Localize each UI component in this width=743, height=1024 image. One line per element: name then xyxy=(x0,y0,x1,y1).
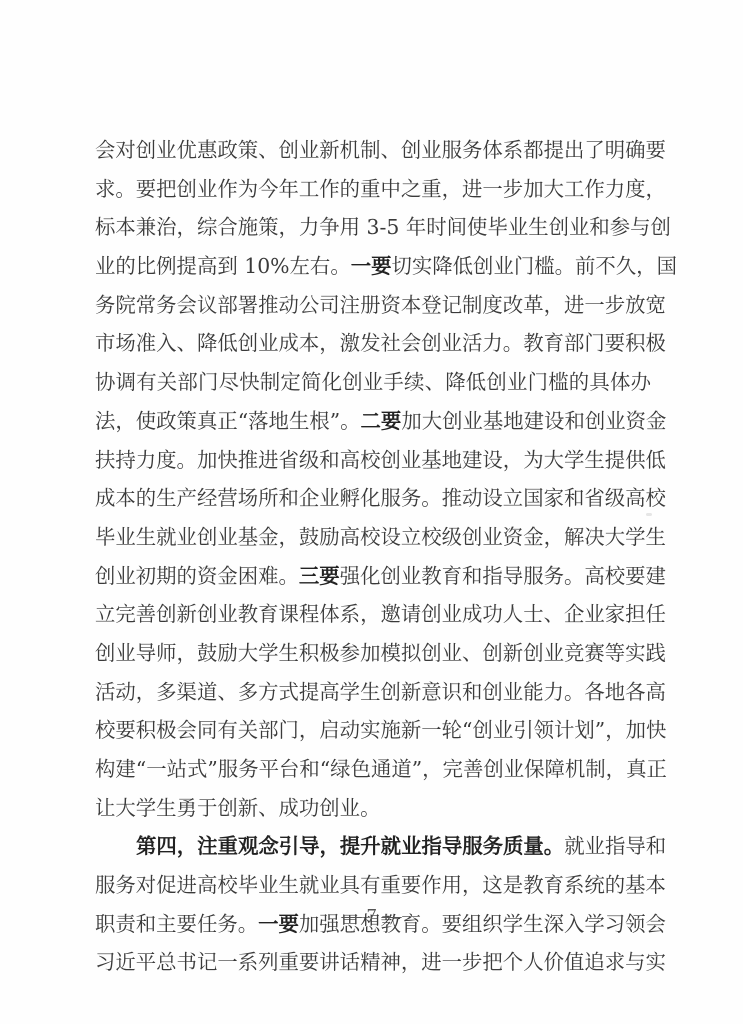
bold-text-run: 二要 xyxy=(361,409,402,433)
page-number: — 7 — xyxy=(0,905,743,928)
text-run: 校要积极会同有关部门，启动实施新一轮“创业引领计划”，加快 xyxy=(95,718,666,742)
text-line: 习近平总书记一系列重要讲话精神，进一步把个人价值追求与实 xyxy=(95,943,651,982)
text-line: 求。要把创业作为今年工作的重中之重，进一步加大工作力度， xyxy=(95,170,651,209)
text-run: 让大学生勇于创新、成功创业。 xyxy=(95,796,380,820)
text-line: 法，使政策真正“落地生根”。二要加大创业基地建设和创业资金 xyxy=(95,402,651,441)
text-line: 构建“一站式”服务平台和“绿色通道”，完善创业保障机制，真正 xyxy=(95,750,651,789)
text-line: 标本兼治，综合施策，力争用 3-5 年时间使毕业生创业和参与创 xyxy=(95,208,651,247)
text-run: 创业导师，鼓励大学生积极参加模拟创业、创新创业竞赛等实践 xyxy=(95,641,666,665)
text-run: 协调有关部门尽快制定简化创业手续、降低创业门槛的具体办 xyxy=(95,370,651,394)
text-line: 务院常务会议部署推动公司注册资本登记制度改革，进一步放宽 xyxy=(95,286,651,325)
text-run: 习近平总书记一系列重要讲话精神，进一步把个人价值追求与实 xyxy=(95,950,666,974)
text-run: 市场准入、降低创业成本，激发社会创业活力。教育部门要积极 xyxy=(95,331,666,355)
text-line: 业的比例提高到 10%左右。一要切实降低创业门槛。前不久，国 xyxy=(95,247,651,286)
text-run: 切实降低创业门槛。前不久，国 xyxy=(392,254,677,278)
text-run: 服务对促进高校毕业生就业具有重要作用，这是教育系统的基本 xyxy=(95,873,666,897)
text-line: 让大学生勇于创新、成功创业。 xyxy=(95,789,651,828)
text-run: 扶持力度。加快推进省级和高校创业基地建设，为大学生提供低 xyxy=(95,448,666,472)
text-line: 第四，注重观念引导，提升就业指导服务质量。就业指导和 xyxy=(95,827,651,866)
document-page: 会对创业优惠政策、创业新机制、创业服务体系都提出了明确要求。要把创业作为今年工作… xyxy=(0,0,743,1024)
text-run: 构建“一站式”服务平台和“绿色通道”，完善创业保障机制，真正 xyxy=(95,757,667,781)
text-line: 市场准入、降低创业成本，激发社会创业活力。教育部门要积极 xyxy=(95,324,651,363)
text-line: 毕业生就业创业基金，鼓励高校设立校级创业资金，解决大学生 xyxy=(95,518,651,557)
text-line: 创业初期的资金困难。三要强化创业教育和指导服务。高校要建 xyxy=(95,557,651,596)
text-run: 强化创业教育和指导服务。高校要建 xyxy=(340,564,666,588)
text-line: 立完善创新创业教育课程体系，邀请创业成功人士、企业家担任 xyxy=(95,595,651,634)
body-text: 会对创业优惠政策、创业新机制、创业服务体系都提出了明确要求。要把创业作为今年工作… xyxy=(95,131,651,982)
text-run: 法，使政策真正“落地生根”。 xyxy=(95,409,361,433)
text-line: 成本的生产经营场所和企业孵化服务。推动设立国家和省级高校 xyxy=(95,479,651,518)
bold-text-run: 一要 xyxy=(351,254,392,278)
text-line: 会对创业优惠政策、创业新机制、创业服务体系都提出了明确要 xyxy=(95,131,651,170)
text-line: 协调有关部门尽快制定简化创业手续、降低创业门槛的具体办 xyxy=(95,363,651,402)
bold-text-run: 第四，注重观念引导，提升就业指导服务质量。 xyxy=(136,834,564,858)
text-run: 务院常务会议部署推动公司注册资本登记制度改革，进一步放宽 xyxy=(95,293,666,317)
scan-artifact xyxy=(646,513,652,516)
text-run: 就业指导和 xyxy=(564,834,666,858)
text-run: 求。要把创业作为今年工作的重中之重，进一步加大工作力度， xyxy=(95,177,666,201)
text-line: 校要积极会同有关部门，启动实施新一轮“创业引领计划”，加快 xyxy=(95,711,651,750)
text-run: 会对创业优惠政策、创业新机制、创业服务体系都提出了明确要 xyxy=(95,138,666,162)
text-run: 创业初期的资金困难。 xyxy=(95,564,299,588)
bold-text-run: 三要 xyxy=(299,564,340,588)
text-run: 立完善创新创业教育课程体系，邀请创业成功人士、企业家担任 xyxy=(95,602,666,626)
text-line: 活动，多渠道、多方式提高学生创新意识和创业能力。各地各高 xyxy=(95,673,651,712)
text-run: 标本兼治，综合施策，力争用 3-5 年时间使毕业生创业和参与创 xyxy=(95,215,671,239)
text-run: 加大创业基地建设和创业资金 xyxy=(401,409,666,433)
text-run: 成本的生产经营场所和企业孵化服务。推动设立国家和省级高校 xyxy=(95,486,666,510)
text-run: 业的比例提高到 10%左右。 xyxy=(95,254,351,278)
text-run: 活动，多渠道、多方式提高学生创新意识和创业能力。各地各高 xyxy=(95,680,666,704)
text-line: 创业导师，鼓励大学生积极参加模拟创业、创新创业竞赛等实践 xyxy=(95,634,651,673)
text-line: 扶持力度。加快推进省级和高校创业基地建设，为大学生提供低 xyxy=(95,441,651,480)
text-run: 毕业生就业创业基金，鼓励高校设立校级创业资金，解决大学生 xyxy=(95,525,666,549)
text-line: 服务对促进高校毕业生就业具有重要作用，这是教育系统的基本 xyxy=(95,866,651,905)
